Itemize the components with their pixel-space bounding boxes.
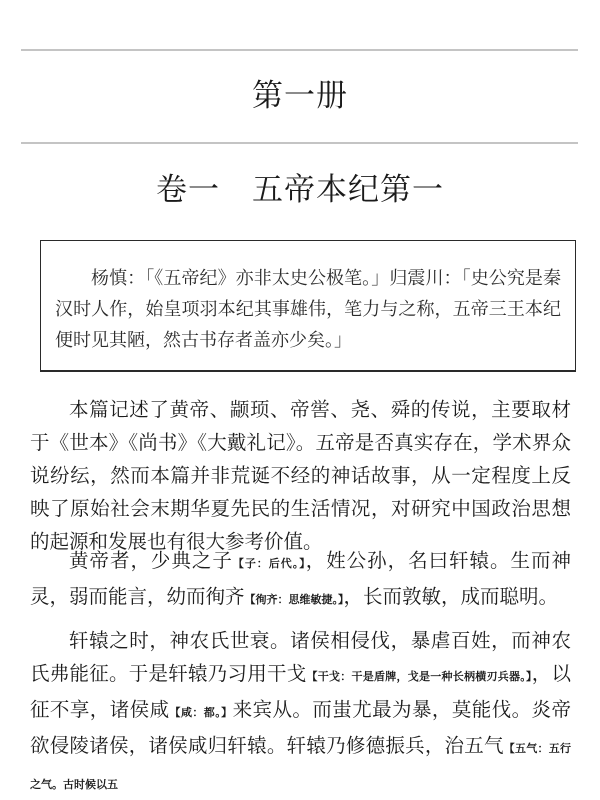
annotation-note: 【干戈：干是盾牌，戈是一种长柄横刃兵器。】	[307, 670, 532, 683]
paragraph-text: 黄帝者，少典之子	[69, 549, 233, 572]
middle-divider	[21, 142, 578, 144]
paragraph-text: 本篇记述了黄帝、颛顼、帝喾、尧、舜的传说，主要取材于《世本》《尚书》《大戴礼记》…	[30, 398, 571, 553]
body-paragraph: 黄帝者，少典之子【子：后代。】，姓公孙，名曰轩辕。生而神灵，弱而能言，幼而徇齐【…	[30, 544, 571, 616]
annotation-note: 【子：后代。】	[233, 557, 306, 570]
annotation-note: 【咸：都。】	[170, 706, 233, 719]
chapter-title: 卷一 五帝本纪第一	[0, 167, 600, 213]
volume-title: 第一册	[0, 74, 600, 118]
annotation-note: 【徇齐：思维敏捷。】	[245, 593, 344, 606]
commentary-box: 杨慎：「《五帝纪》亦非太史公极笔。」归震川：「史公究是秦汉时人作，始皇项羽本纪其…	[40, 240, 576, 372]
intro-paragraph: 本篇记述了黄帝、颛顼、帝喾、尧、舜的传说，主要取材于《世本》《尚书》《大戴礼记》…	[30, 393, 571, 558]
top-divider	[21, 49, 578, 51]
commentary-text: 杨慎：「《五帝纪》亦非太史公极笔。」归震川：「史公究是秦汉时人作，始皇项羽本纪其…	[55, 263, 561, 356]
paragraph-text: ，长而敦敏，成而聪明。	[344, 585, 559, 608]
body-paragraph: 轩辕之时，神农氏世衰。诸侯相侵伐，暴虐百姓，而神农氏弗能征。于是轩辕乃习用干戈【…	[30, 624, 571, 800]
